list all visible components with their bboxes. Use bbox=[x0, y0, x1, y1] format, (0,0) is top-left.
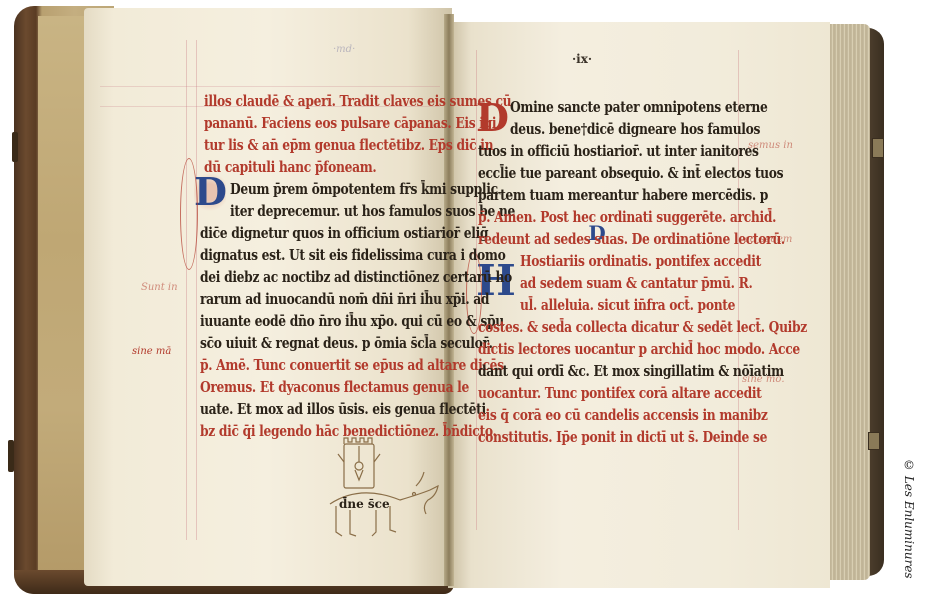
text-line: pananū. Faciens eos pulsare cāpanas. E… bbox=[204, 114, 496, 132]
text-line: deus. bene†dicē digneare hos famulos bbox=[510, 120, 760, 138]
text-line: p̄. Amen. Post hec ordinati suggerēte. … bbox=[478, 208, 776, 226]
text-line: sc̄o uiuit & regnat deus. p ōmia s̄cl̄a… bbox=[200, 334, 493, 352]
ruling-line bbox=[100, 86, 440, 87]
illuminated-initial-d: D bbox=[194, 170, 226, 214]
text-line: partem tuam mereantur habere mercēdis. … bbox=[478, 186, 768, 204]
text-line: rarum ad inuocandū nom̄ dn̄i n̄ri ih̄u … bbox=[200, 290, 489, 308]
text-line: Hostiariis ordinatis. pontifex accedit bbox=[520, 252, 761, 270]
text-line: Deum p̄rem ōmpotentem fr̄s k̄mi supplic bbox=[230, 180, 498, 198]
text-line: illos claudē & aperī. Tradit claves ei… bbox=[204, 92, 511, 110]
text-line: dū capituli hanc p̄foneam. bbox=[204, 158, 376, 176]
top-margin-note: ·md· bbox=[333, 44, 355, 55]
pen-flourish bbox=[180, 158, 198, 270]
text-line: redeunt ad sedes suas. De ordinatiōne l… bbox=[478, 230, 785, 248]
text-line: uate. Et mox ad illos ūsis. eis genua f… bbox=[200, 400, 486, 418]
text-line: iter deprecemur. ut hos famulos suos be … bbox=[230, 202, 515, 220]
manuscript-photo: ·ix· ·md· Sunt in sine mā semus in ad s… bbox=[0, 0, 932, 600]
text-line: dant qui ordī &c. Et mox singillatim & … bbox=[478, 362, 784, 380]
margin-note: Sunt in bbox=[141, 282, 178, 293]
text-line: dignatus est. Ut sit eis fidelissima cur… bbox=[200, 246, 506, 264]
text-line: p̄. Amē. Tunc conuertit se ep̄us ad alt… bbox=[200, 356, 504, 374]
text-line: Oremus. Et dyaconus flectamus genua le bbox=[200, 378, 469, 396]
text-line: eis q̄ corā eo cū candelis accensis in… bbox=[478, 406, 768, 424]
elephant-castle-drawing bbox=[320, 434, 450, 544]
text-line: dei diebz ac noctibz ad distinctiōnez c… bbox=[200, 268, 512, 286]
page-fore-edge bbox=[826, 24, 870, 580]
text-line: costes. & sed̄a collecta dicatur & sedē… bbox=[478, 318, 807, 336]
text-line: ul̄. alleluia. sicut in̄fra oct̄. ponte bbox=[520, 296, 735, 314]
text-line: eccl̄ie tue pareant obsequio. & int̄ ele… bbox=[478, 164, 783, 182]
ruling-line bbox=[186, 40, 187, 540]
drawing-caption: d̄ne s̄ce bbox=[339, 497, 390, 511]
text-line: tuos in officiū hostiarior̄. ut inter i… bbox=[478, 142, 759, 160]
text-line: iuuante eodē dn̄o n̄ro ih̄u xp̄o. qui c… bbox=[200, 312, 504, 330]
text-line: tur lis & an̄ ep̄m genua flectētibz. Ep… bbox=[204, 136, 493, 154]
text-line: Omine sancte pater omnipotens eterne bbox=[510, 98, 767, 116]
left-clasp-lower bbox=[8, 440, 14, 472]
folio-number: ·ix· bbox=[572, 52, 592, 66]
text-line: uocantur. Tunc pontifex corā altare acc… bbox=[478, 384, 762, 402]
text-line: constitutis. Ip̄e ponit in dictī ut s̄.… bbox=[478, 428, 767, 446]
text-line: ad sedem suam & cantatur p̄mū. R. bbox=[520, 274, 752, 292]
text-line: dic̄e dignetur quos in officium ostiario… bbox=[200, 224, 488, 242]
right-clasp-lower bbox=[868, 432, 880, 450]
ruling-line bbox=[196, 40, 197, 540]
right-clasp-upper bbox=[872, 138, 884, 158]
text-line: dictis lectores uocantur p archid̄ hoc m… bbox=[478, 340, 800, 358]
copyright-notice: © Les Enluminures bbox=[902, 458, 916, 578]
margin-note: sine mā bbox=[132, 346, 171, 357]
left-clasp bbox=[12, 132, 18, 162]
